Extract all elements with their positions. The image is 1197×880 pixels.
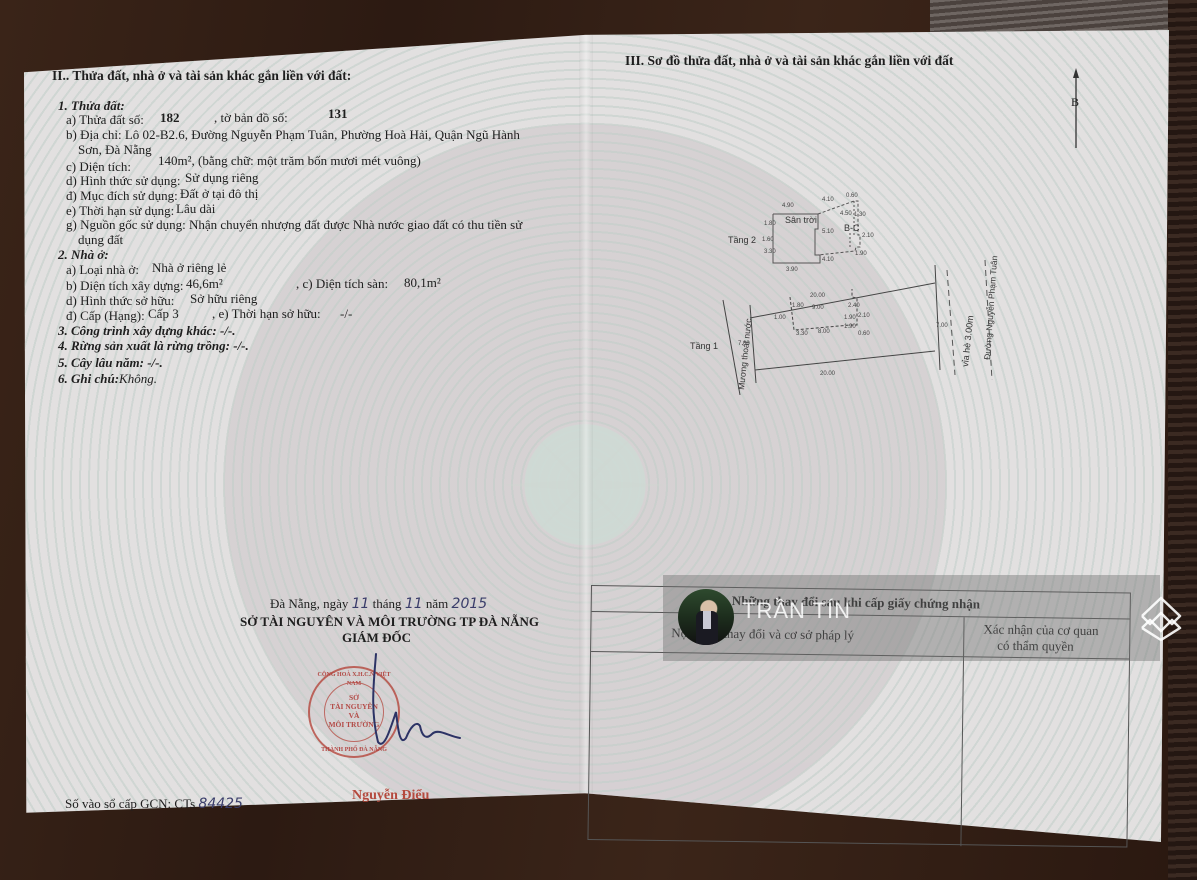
note-row: 6. Ghi chú:Không. (58, 371, 157, 387)
build-area-label: b) Diện tích xây dựng: (66, 278, 184, 294)
svg-text:1.80: 1.80 (792, 303, 804, 309)
svg-text:0.60: 0.60 (858, 331, 870, 337)
courtyard-label: Sân trời (785, 215, 817, 225)
svg-text:1.90: 1.90 (844, 324, 856, 330)
purpose-value: Đất ở tại đô thị (180, 186, 258, 202)
issue-day: 11 (352, 596, 370, 612)
svg-text:2.10: 2.10 (858, 313, 870, 319)
use-form-label: d) Hình thức sử dụng: (66, 173, 180, 189)
origin-line-1: g) Nguồn gốc sử dụng: Nhận chuyển nhượng… (66, 217, 522, 233)
svg-text:7.00: 7.00 (738, 341, 750, 347)
svg-text:1.90: 1.90 (855, 251, 867, 257)
floor2-label: Tầng 2 (728, 235, 756, 245)
address-line-1: b) Địa chỉ: Lô 02-B2.6, Đường Nguyễn Phạ… (66, 127, 520, 143)
parcel-number: 182 (160, 110, 180, 126)
place-date-prefix: Đà Nẵng, ngày (270, 596, 348, 611)
sidewalk-label: vỉa hè 3.00m (960, 315, 975, 367)
svg-text:4.50: 4.50 (840, 211, 852, 217)
layered-chevron-logo-icon (1138, 594, 1184, 642)
address-line-2: Sơn, Đà Nẵng (78, 142, 152, 158)
registry-number: 84425 (198, 796, 243, 812)
svg-text:1.00: 1.00 (774, 315, 786, 321)
note-label: 6. Ghi chú: (58, 371, 119, 386)
site-plan-diagram: Tầng 2 Sân trời B-C 4.90 4.10 0.60 1.80 … (690, 185, 1030, 395)
production-forest: 4. Rừng sản xuất là rừng trồng: -/-. (58, 338, 249, 354)
street-label: Đường Nguyễn Phạm Tuân (982, 255, 999, 360)
note-value: Không. (119, 371, 157, 386)
house-type-value: Nhà ở riêng lẻ (152, 260, 226, 276)
floor-area-value: 80,1m² (404, 275, 441, 291)
use-form-value: Sử dụng riêng (185, 170, 259, 186)
ownership-term-value: -/- (340, 306, 352, 322)
drain-label: Mương thoát nước (736, 317, 754, 390)
svg-text:3.30: 3.30 (764, 249, 776, 255)
svg-text:4.90: 4.90 (782, 203, 794, 209)
issue-month: 11 (405, 596, 423, 612)
perennial-trees: 5. Cây lâu năm: -/-. (58, 355, 163, 371)
floor2-dimensions: 4.90 4.10 0.60 1.80 1.30 5.10 4.50 1.60 … (762, 193, 874, 273)
section-iii-title: III. Sơ đồ thửa đất, nhà ở và tài sản kh… (625, 53, 953, 69)
other-works: 3. Công trình xây dựng khác: -/-. (58, 323, 236, 339)
signer-name: Nguyễn Điểu (352, 788, 429, 804)
watermark-banner (663, 575, 1160, 661)
purpose-label: đ) Mục đích sử dụng: (66, 188, 178, 204)
wood-background-edge (1168, 0, 1197, 880)
bc-label: B-C (844, 223, 860, 233)
floor1-label: Tầng 1 (690, 341, 718, 351)
svg-text:2.10: 2.10 (862, 233, 874, 239)
handwritten-signature-icon (360, 650, 470, 760)
build-area-value: 46,6m² (186, 276, 223, 292)
svg-text:20.00: 20.00 (820, 371, 836, 377)
ownership-value: Sở hữu riêng (190, 291, 257, 307)
svg-text:3.90: 3.90 (786, 267, 798, 273)
ownership-term-label: , e) Thời hạn sở hữu: (212, 306, 321, 322)
drum-star-watermark-icon (499, 400, 669, 570)
house-type-label: a) Loại nhà ở: (66, 262, 139, 278)
floor1-dimensions: 20.00 20.00 9.00 2.40 1.80 1.00 3.30 8.0… (738, 293, 948, 377)
place-date: Đà Nẵng, ngày 11 tháng 11 năm 2015 (270, 596, 487, 612)
registry-number-row: Số vào sổ cấp GCN: CTs 84425 (65, 796, 243, 812)
svg-text:1.90: 1.90 (844, 315, 856, 321)
area-value: 140m², (bằng chữ: một trăm bốn mươi mét … (158, 153, 421, 169)
svg-text:3.30: 3.30 (796, 331, 808, 337)
svg-text:2.40: 2.40 (848, 303, 860, 309)
svg-text:9.00: 9.00 (812, 305, 824, 311)
parcel-label: a) Thửa đất số: (66, 112, 144, 128)
svg-text:8.00: 8.00 (818, 329, 830, 335)
term-value: Lâu dài (176, 201, 215, 217)
map-sheet-number: 131 (328, 106, 348, 122)
svg-text:1.30: 1.30 (854, 212, 866, 218)
signer-title: GIÁM ĐỐC (342, 630, 411, 646)
year-label: năm (426, 596, 448, 611)
svg-text:4.10: 4.10 (822, 257, 834, 263)
month-label: tháng (373, 596, 402, 611)
svg-text:5.10: 5.10 (822, 229, 834, 235)
profile-avatar[interactable] (678, 589, 734, 645)
map-sheet-label: , tờ bản đồ số: (214, 110, 288, 126)
svg-text:20.00: 20.00 (810, 293, 826, 299)
issuing-organization: SỞ TÀI NGUYÊN VÀ MÔI TRƯỜNG TP ĐÀ NẴNG (240, 614, 539, 630)
floor-area-label: , c) Diện tích sàn: (296, 276, 388, 292)
house-heading: 2. Nhà ở: (58, 247, 109, 263)
section-ii-title: II.. Thửa đất, nhà ở và tài sản khác gắn… (52, 68, 351, 84)
origin-line-2: dụng đất (78, 232, 123, 248)
grade-label: đ) Cấp (Hạng): (66, 308, 145, 324)
registry-label: Số vào sổ cấp GCN: CTs (65, 796, 195, 811)
svg-text:0.60: 0.60 (846, 193, 858, 199)
watermark-name: TRẦN TÍN (742, 598, 851, 624)
svg-text:1.60: 1.60 (762, 237, 774, 243)
svg-text:7.00: 7.00 (936, 323, 948, 329)
north-label: B (1071, 94, 1079, 110)
grade-value: Cấp 3 (148, 306, 179, 322)
svg-text:1.80: 1.80 (764, 221, 776, 227)
issue-year: 2015 (452, 596, 488, 612)
svg-text:4.10: 4.10 (822, 197, 834, 203)
